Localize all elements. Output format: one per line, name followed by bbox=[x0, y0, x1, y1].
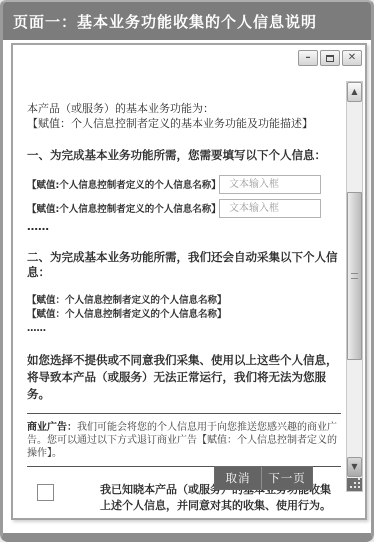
section2-item-list: 【赋值：个人信息控制者定义的个人信息名称】 【赋值：个人信息控制者定义的个人信息… bbox=[27, 294, 341, 336]
close-icon: ✕ bbox=[348, 53, 356, 63]
scroll-down-icon: ▼ bbox=[351, 463, 357, 471]
section1-heading: 一、为完成基本业务功能所需，您需要填写以下个人信息： bbox=[27, 148, 341, 163]
scrollbar-thumb[interactable] bbox=[347, 192, 362, 360]
ads-lead-label: 商业广告： bbox=[27, 422, 77, 433]
section2-heading: 二、为完成基本业务功能所需，我们还会自动采集以下个人信息： bbox=[27, 250, 341, 280]
wireframe-window: 页面一：基本业务功能收集的个人信息说明 – ✕ 本产品（或服务）的基本业务功能为… bbox=[0, 0, 374, 542]
vertical-scrollbar[interactable]: ▲ ▼ bbox=[346, 81, 363, 492]
minimize-button[interactable]: – bbox=[298, 50, 318, 66]
dialog-button-bar: 取消 下一页 bbox=[214, 466, 313, 490]
section2-ellipsis: …… bbox=[27, 322, 341, 336]
thumb-grip-icon bbox=[351, 273, 358, 279]
divider-line bbox=[27, 413, 341, 414]
maximize-button[interactable] bbox=[320, 50, 340, 66]
info-field-label: 【赋值:个人信息控制者定义的个人信息名称】 bbox=[27, 177, 219, 191]
scroll-down-button[interactable]: ▼ bbox=[347, 457, 362, 477]
minimize-icon: – bbox=[306, 53, 311, 63]
section1-ellipsis: …… bbox=[27, 221, 341, 233]
info-text-input-1[interactable] bbox=[219, 175, 321, 194]
privacy-dialog: – ✕ 本产品（或服务）的基本业务功能为： 【赋值：个人信息控制者定义的基本业务… bbox=[11, 43, 367, 520]
scroll-up-icon: ▲ bbox=[351, 88, 357, 96]
window-titlebar: 页面一：基本业务功能收集的个人信息说明 bbox=[3, 2, 371, 40]
intro-line-2: 【赋值：个人信息控制者定义的基本业务功能及功能描述】 bbox=[27, 116, 341, 131]
info-field-row: 【赋值:个人信息控制者定义的个人信息名称】 bbox=[27, 197, 341, 219]
intro-line-1: 本产品（或服务）的基本业务功能为： bbox=[27, 101, 341, 116]
next-page-button[interactable]: 下一页 bbox=[262, 467, 312, 489]
resize-grip-dots-icon bbox=[350, 486, 352, 488]
consent-checkbox[interactable] bbox=[37, 484, 54, 501]
commercial-ads-paragraph: 商业广告：我们可能会将您的个人信息用于向您推送您感兴趣的商业广告。您可以通过以下… bbox=[27, 421, 341, 460]
resize-grip[interactable] bbox=[347, 478, 362, 491]
info-text-input-2[interactable] bbox=[219, 199, 321, 218]
dialog-content: 本产品（或服务）的基本业务功能为： 【赋值：个人信息控制者定义的基本业务功能及功… bbox=[27, 101, 341, 514]
info-field-row: 【赋值:个人信息控制者定义的个人信息名称】 bbox=[27, 173, 341, 195]
section2-item: 【赋值：个人信息控制者定义的个人信息名称】 bbox=[27, 308, 341, 322]
window-controls: – ✕ bbox=[298, 50, 362, 66]
close-button[interactable]: ✕ bbox=[342, 50, 362, 66]
page-title: 页面一：基本业务功能收集的个人信息说明 bbox=[3, 11, 317, 32]
section2-item: 【赋值：个人信息控制者定义的个人信息名称】 bbox=[27, 294, 341, 308]
section1-input-rows: 【赋值:个人信息控制者定义的个人信息名称】 【赋值:个人信息控制者定义的个人信息… bbox=[27, 173, 341, 233]
intro-paragraph: 本产品（或服务）的基本业务功能为： 【赋值：个人信息控制者定义的基本业务功能及功… bbox=[27, 101, 341, 131]
refusal-warning-paragraph: 如您选择不提供或不同意我们采集、使用以上这些个人信息，将导致本产品（或服务）无法… bbox=[27, 352, 341, 403]
maximize-icon bbox=[326, 55, 334, 62]
cancel-button[interactable]: 取消 bbox=[215, 467, 261, 489]
info-field-label: 【赋值:个人信息控制者定义的个人信息名称】 bbox=[27, 201, 219, 215]
scroll-up-button[interactable]: ▲ bbox=[347, 82, 362, 102]
